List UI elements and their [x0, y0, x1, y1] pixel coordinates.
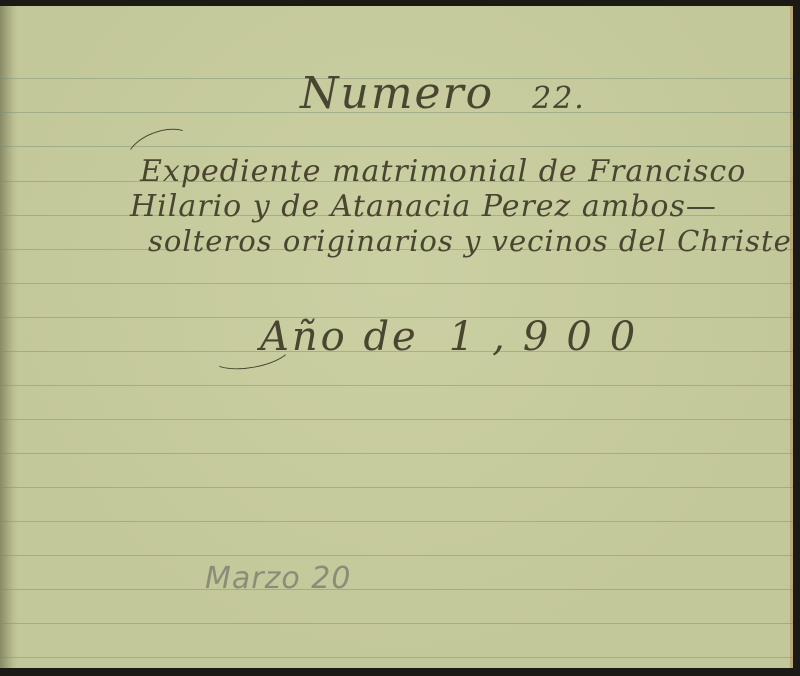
page-edge: [790, 6, 793, 668]
body-line-3: solteros originarios y vecinos del Chris…: [148, 224, 793, 258]
year-digits: 1,900: [449, 314, 654, 360]
ruled-line: [0, 657, 793, 658]
ruled-line: [0, 555, 793, 556]
heading: Numero22.: [300, 68, 586, 119]
ruled-line: [0, 419, 793, 420]
ledger-page: Numero22. Expediente matrimonial de Fran…: [0, 6, 793, 668]
heading-label: Numero: [300, 68, 494, 119]
ruled-line: [0, 385, 793, 386]
body-line-1: Expediente matrimonial de Francisco: [140, 154, 746, 189]
heading-number: 22.: [532, 81, 586, 116]
pencil-note: Marzo 20: [205, 561, 351, 596]
ruled-line: [0, 283, 793, 284]
ruled-line: [0, 453, 793, 454]
ruled-line: [0, 521, 793, 522]
ruled-line: [0, 146, 793, 147]
ruled-line: [0, 623, 793, 624]
year-label: Año de: [260, 314, 419, 360]
body-line-2: Hilario y de Atanacia Perez ambos—: [130, 189, 717, 224]
ruled-line: [0, 589, 793, 590]
binding-shadow: [0, 6, 18, 668]
year-line: Año de1,900: [260, 314, 653, 360]
ruled-line: [0, 487, 793, 488]
